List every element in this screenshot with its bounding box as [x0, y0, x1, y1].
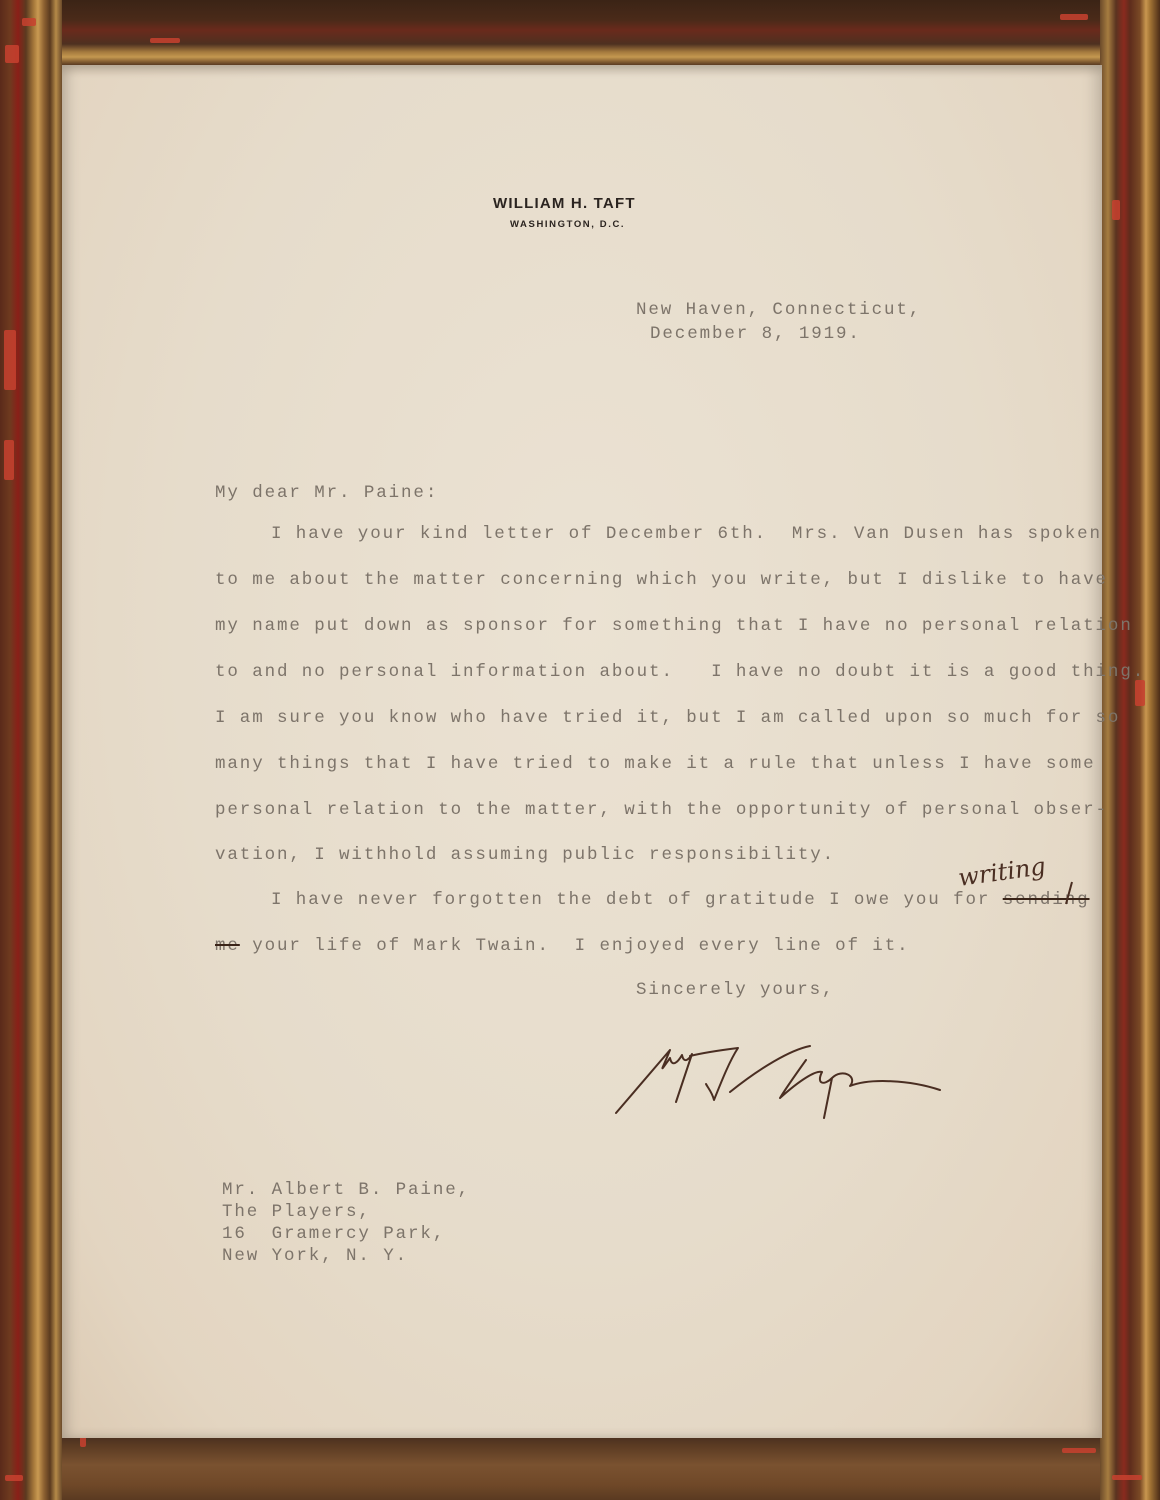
signature — [610, 1040, 950, 1130]
frame-right-rail — [1100, 0, 1160, 1500]
body-para2-line-1: I have never forgotten the debt of grati… — [271, 890, 1090, 910]
frame-paint-chip — [5, 45, 19, 63]
frame-paint-chip — [4, 440, 14, 480]
frame-paint-chip — [5, 1475, 23, 1481]
letterhead-name: WILLIAM H. TAFT — [493, 195, 693, 212]
frame-paint-chip — [1062, 1448, 1096, 1453]
frame-paint-chip — [150, 38, 180, 43]
recipient-line-4: New York, N. Y. — [222, 1246, 408, 1266]
para2-line2-text: your life of Mark Twain. I enjoyed every… — [240, 936, 910, 956]
body-line-1: I have your kind letter of December 6th.… — [271, 524, 1102, 544]
closing: Sincerely yours, — [636, 980, 834, 1000]
recipient-line-3: 16 Gramercy Park, — [222, 1224, 445, 1244]
salutation: My dear Mr. Paine: — [215, 483, 438, 503]
frame-paint-chip — [1135, 680, 1145, 706]
recipient-line-2: The Players, — [222, 1202, 371, 1222]
frame-top-rail — [0, 0, 1160, 65]
frame-paint-chip — [1112, 1475, 1142, 1480]
frame-paint-chip — [22, 18, 36, 26]
correction-caret-mark — [1060, 880, 1080, 910]
para2-text: I have never forgotten the debt of grati… — [271, 890, 1003, 910]
body-line-5: I am sure you know who have tried it, bu… — [215, 708, 1120, 728]
frame-paint-chip — [1060, 14, 1088, 20]
frame-paint-chip — [4, 330, 16, 390]
frame-left-rail — [0, 0, 62, 1500]
dateline-place: New Haven, Connecticut, — [636, 300, 921, 320]
dateline-date: December 8, 1919. — [650, 324, 861, 344]
struck-word-me: me — [215, 936, 240, 956]
body-line-7: personal relation to the matter, with th… — [215, 800, 1108, 820]
letterhead-city: WASHINGTON, D.C. — [510, 219, 625, 230]
recipient-line-1: Mr. Albert B. Paine, — [222, 1180, 470, 1200]
letter-paper — [62, 65, 1102, 1438]
frame-paint-chip — [1112, 200, 1120, 220]
frame-bottom-rail — [0, 1438, 1160, 1500]
body-line-2: to me about the matter concerning which … — [215, 570, 1108, 590]
body-line-4: to and no personal information about. I … — [215, 662, 1145, 682]
body-line-3: my name put down as sponsor for somethin… — [215, 616, 1133, 636]
body-para2-line-2: me your life of Mark Twain. I enjoyed ev… — [215, 936, 910, 956]
body-line-8: vation, I withhold assuming public respo… — [215, 845, 835, 865]
body-line-6: many things that I have tried to make it… — [215, 754, 1096, 774]
